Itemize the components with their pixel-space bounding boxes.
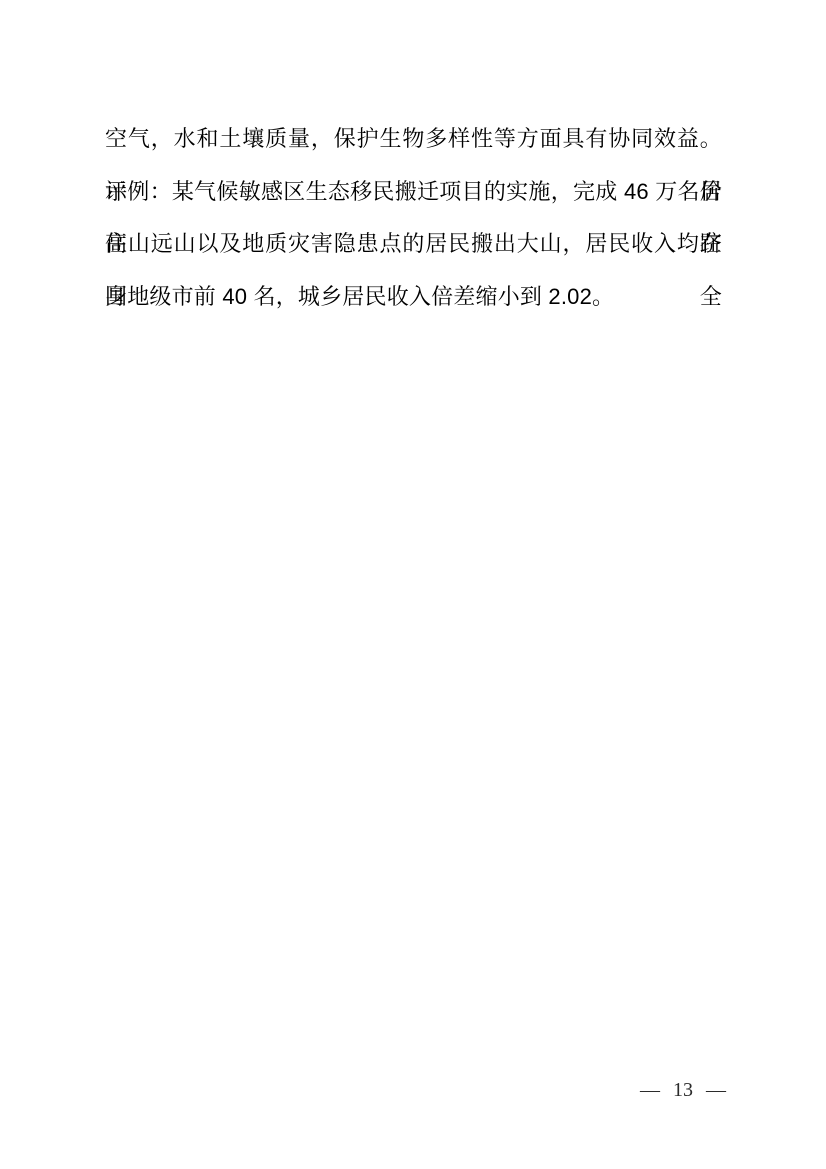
page-footer: — 13 — [640, 1077, 726, 1103]
page: 空气，水和土壤质量，保护生物多样性等方面具有协同效益。评价 示例：某气候敏感区生… [0, 0, 826, 1169]
page-number: 13 [673, 1077, 693, 1103]
body-line-2: 示例：某气候敏感区生态移民搬迁项目的实施，完成 46 万名居住在 [105, 166, 722, 219]
footer-dash-left: — [640, 1077, 660, 1103]
document-page: { "colors": { "background": "#ffffff", "… [0, 0, 826, 1169]
paragraph: 空气，水和土壤质量，保护生物多样性等方面具有协同效益。评价 示例：某气候敏感区生… [105, 113, 722, 324]
body-line-3: 高山远山以及地质灾害隐患点的居民搬出大山，居民收入均跻身全 [105, 218, 722, 271]
body-line-1: 空气，水和土壤质量，保护生物多样性等方面具有协同效益。评价 [105, 113, 722, 166]
footer-dash-right: — [706, 1077, 726, 1103]
